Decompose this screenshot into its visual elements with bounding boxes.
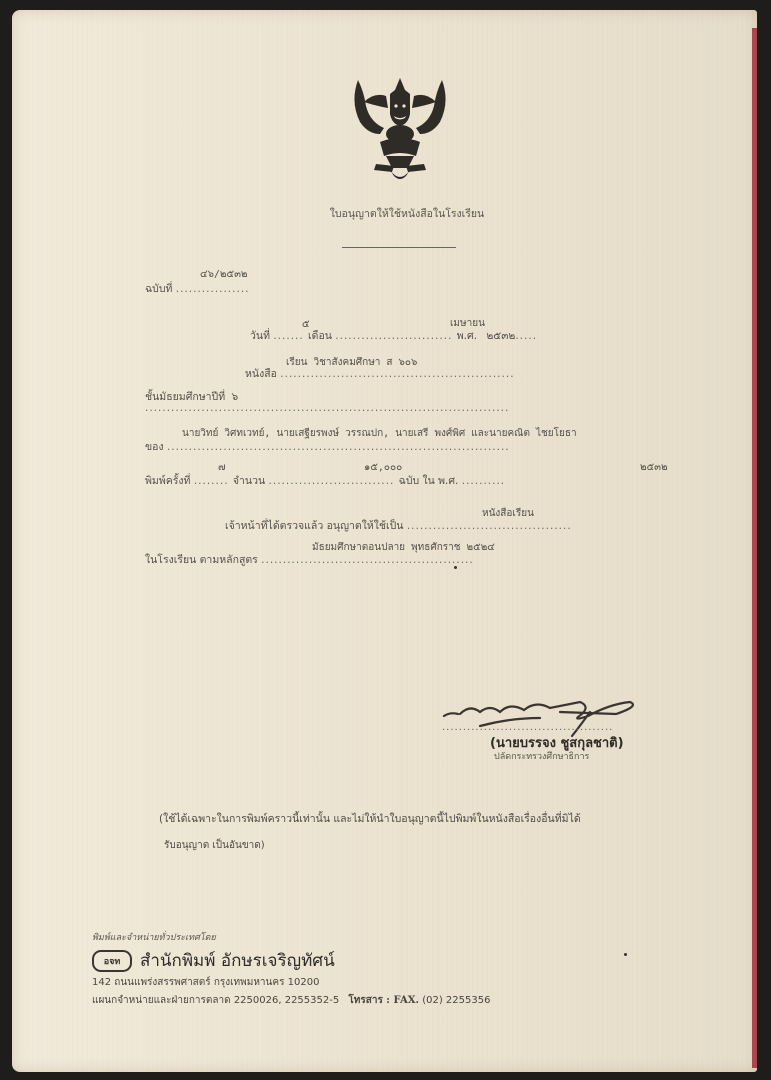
- usage-note-line1: (ใช้ได้เฉพาะในการพิมพ์คราวนี้เท่านั้น แล…: [159, 810, 581, 827]
- document-page: ใบอนุญาตให้ใช้หนังสือในโรงเรียน ๔๖/๒๕๓๒ …: [12, 10, 757, 1072]
- curriculum-row: ในโรงเรียน ตามหลักสูตร .................…: [145, 551, 474, 568]
- signatory-title: ปลัดกระทรวงศึกษาธิการ: [494, 749, 589, 763]
- issue-no-label: ฉบับที่: [145, 283, 172, 295]
- printed-by-label: พิมพ์และจำหน่ายทั่วประเทศโดย: [92, 930, 216, 944]
- dotted-line: .....: [515, 330, 537, 342]
- title-divider: [342, 247, 456, 248]
- garuda-emblem-icon: [350, 72, 450, 184]
- dotted-line: ........................................…: [145, 402, 509, 414]
- quantity-label: จำนวน: [233, 475, 265, 487]
- usage-note-line2: รับอนุญาต เป็นอันขาด): [164, 838, 265, 853]
- curriculum-label: ในโรงเรียน ตามหลักสูตร: [145, 554, 258, 566]
- copies-label: ฉบับ ใน พ.ศ.: [399, 475, 459, 487]
- sales-label: แผนกจำหน่ายและฝ่ายการตลาด: [92, 995, 231, 1006]
- ink-speck: [624, 953, 627, 956]
- dotted-line: ........................................…: [261, 554, 474, 566]
- year-value: ๒๕๓๒: [486, 330, 515, 342]
- sales-phones: 2250026, 2255352-5: [234, 995, 339, 1006]
- book-row: หนังสือ ................................…: [245, 365, 515, 382]
- printing-row: พิมพ์ครั้งที่ ........ จำนวน ...........…: [145, 472, 505, 489]
- level-dotted-line: ........................................…: [145, 402, 509, 414]
- dotted-line: ...........................: [335, 330, 456, 342]
- dotted-line: ........................................…: [280, 368, 514, 380]
- authors-row: ของ ....................................…: [145, 438, 510, 455]
- dotted-line: .............................: [269, 475, 399, 487]
- month-label: เดือน: [308, 330, 332, 342]
- print-year-value: ๒๕๓๒: [640, 460, 668, 475]
- dotted-line: ......................................: [407, 520, 572, 532]
- authors-label: ของ: [145, 441, 164, 453]
- document-title: ใบอนุญาตให้ใช้หนังสือในโรงเรียน: [312, 205, 502, 222]
- dotted-line: .......: [273, 330, 308, 342]
- approval-row: เจ้าหน้าที่ได้ตรวจแล้ว อนุญาตให้ใช้เป็น …: [225, 517, 572, 534]
- publisher-name: สำนักพิมพ์ อักษรเจริญทัศน์: [140, 947, 335, 974]
- date-row: วันที่ ....... เดือน ...................…: [250, 327, 537, 344]
- year-label: พ.ศ.: [457, 330, 477, 342]
- ink-speck: [454, 566, 457, 569]
- dotted-line: .................: [176, 283, 250, 295]
- dotted-line: ........: [194, 475, 233, 487]
- publisher-contact: แผนกจำหน่ายและฝ่ายการตลาด 2250026, 22553…: [92, 993, 490, 1008]
- dotted-line: ..........: [462, 475, 505, 487]
- issue-no-row: ฉบับที่ .................: [145, 280, 250, 297]
- fax-label: โทรสาร : FAX.: [348, 995, 419, 1006]
- publisher-block: อจท สำนักพิมพ์ อักษรเจริญทัศน์: [92, 947, 335, 974]
- publisher-logo-icon: อจท: [92, 950, 132, 972]
- edition-label: พิมพ์ครั้งที่: [145, 475, 190, 487]
- fax-number: (02) 2255356: [422, 995, 490, 1006]
- book-spine-edge: [752, 28, 757, 1068]
- publisher-address: 142 ถนนแพร่งสรรพศาสตร์ กรุงเทพมหานคร 102…: [92, 975, 319, 990]
- day-label: วันที่: [250, 330, 270, 342]
- dotted-line: ........................................…: [167, 441, 510, 453]
- approval-label: เจ้าหน้าที่ได้ตรวจแล้ว อนุญาตให้ใช้เป็น: [225, 520, 403, 532]
- book-label: หนังสือ: [245, 368, 277, 380]
